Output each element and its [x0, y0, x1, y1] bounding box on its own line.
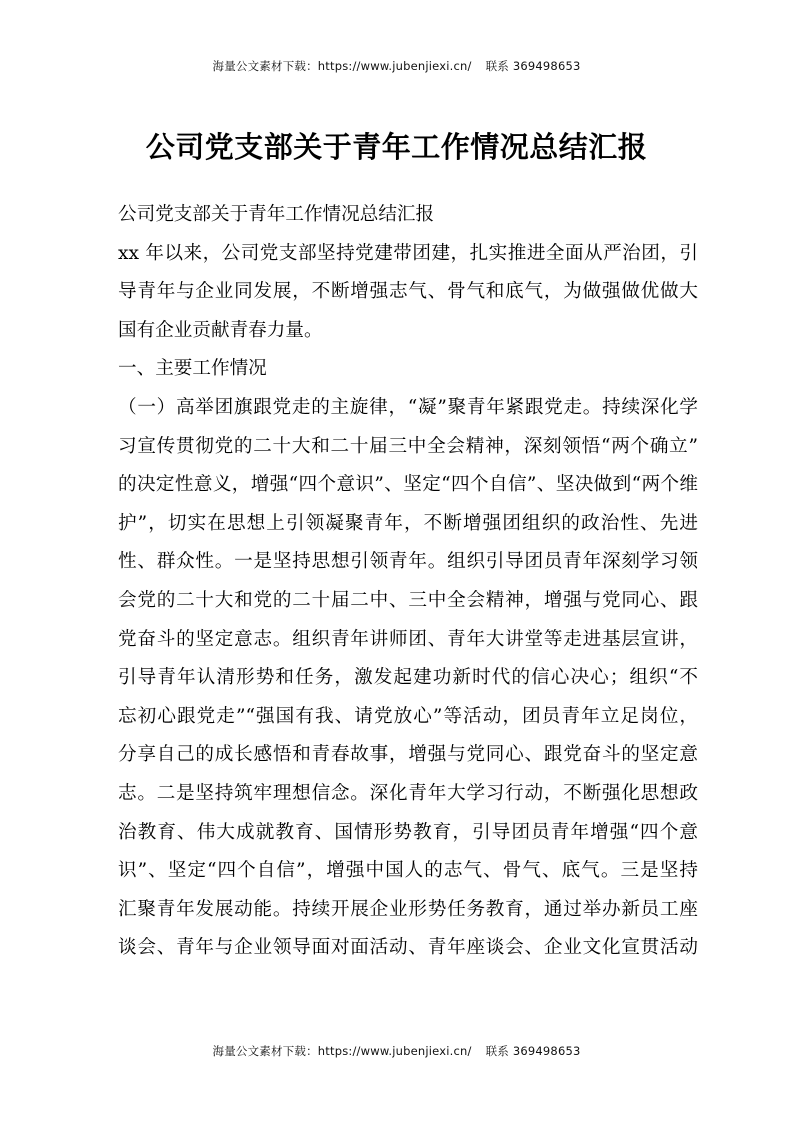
- header-contact: 联系 369498653: [486, 59, 581, 73]
- section-line: 会党的二十大和党的二十届二中、三中全会精神，增强与党同心、跟: [118, 582, 698, 621]
- intro-line: 国有企业贡献青春力量。: [118, 312, 698, 351]
- section-line: 护”，切实在思想上引领凝聚青年，不断增强团组织的政治性、先进: [118, 505, 698, 544]
- intro-line: xx 年以来，公司党支部坚持党建带团建，扎实推进全面从严治团，引: [118, 235, 698, 274]
- section-line: 识”、坚定“四个自信”，增强中国人的志气、骨气、底气。三是坚持: [118, 852, 698, 891]
- document-subtitle: 公司党支部关于青年工作情况总结汇报: [118, 196, 698, 235]
- section-line: 治教育、伟大成就教育、国情形势教育，引导团员青年增强“四个意: [118, 814, 698, 853]
- section-line: 志。二是坚持筑牢理想信念。深化青年大学习行动，不断强化思想政: [118, 775, 698, 814]
- section-line: （一）高举团旗跟党走的主旋律，“凝”聚青年紧跟党走。持续深化学: [118, 389, 698, 428]
- page-header: 海量公文素材下载：https://www.jubenjiexi.cn/联系 36…: [0, 58, 793, 74]
- document-body: 公司党支部关于青年工作情况总结汇报 xx 年以来，公司党支部坚持党建带团建，扎实…: [118, 196, 698, 968]
- section-line: 的决定性意义，增强“四个意识”、坚定“四个自信”、坚决做到“两个维: [118, 466, 698, 505]
- footer-source-link[interactable]: 海量公文素材下载：https://www.jubenjiexi.cn/: [213, 1044, 472, 1058]
- intro-line: 导青年与企业同发展，不断增强志气、骨气和底气，为做强做优做大: [118, 273, 698, 312]
- header-source-link[interactable]: 海量公文素材下载：https://www.jubenjiexi.cn/: [213, 59, 472, 73]
- footer-contact: 联系 369498653: [486, 1044, 581, 1058]
- section-heading: 一、主要工作情况: [118, 350, 698, 389]
- section-line: 汇聚青年发展动能。持续开展企业形势任务教育，通过举办新员工座: [118, 891, 698, 930]
- section-line: 引导青年认清形势和任务，激发起建功新时代的信心决心；组织“不: [118, 659, 698, 698]
- section-line: 党奋斗的坚定意志。组织青年讲师团、青年大讲堂等走进基层宣讲，: [118, 621, 698, 660]
- section-line: 性、群众性。一是坚持思想引领青年。组织引导团员青年深刻学习领: [118, 543, 698, 582]
- section-line: 谈会、青年与企业领导面对面活动、青年座谈会、企业文化宣贯活动: [118, 929, 698, 968]
- section-line: 分享自己的成长感悟和青春故事，增强与党同心、跟党奋斗的坚定意: [118, 736, 698, 775]
- page-footer: 海量公文素材下载：https://www.jubenjiexi.cn/联系 36…: [0, 1043, 793, 1059]
- section-line: 习宣传贯彻党的二十大和二十届三中全会精神，深刻领悟“两个确立”: [118, 428, 698, 467]
- section-line: 忘初心跟党走”“强国有我、请党放心”等活动，团员青年立足岗位，: [118, 698, 698, 737]
- document-title: 公司党支部关于青年工作情况总结汇报: [0, 125, 793, 166]
